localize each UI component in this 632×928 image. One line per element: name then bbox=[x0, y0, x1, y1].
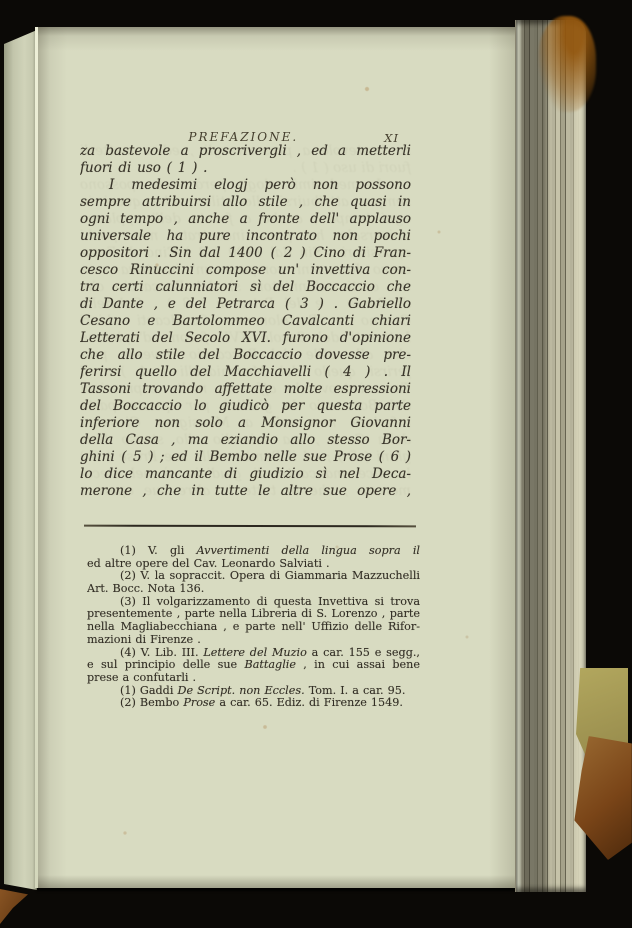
text-line: (1) Gaddi De Script. non Eccles. Tom. I.… bbox=[87, 685, 420, 698]
text-line: merone , che in tutte le altre sue opere… bbox=[80, 483, 411, 500]
text-line: tra certi calunniatori sì del Boccaccio … bbox=[80, 279, 411, 296]
text-line: Letterati del Secolo XVI. furono d'opini… bbox=[80, 330, 411, 347]
text-line: universale ha pure incontrato non pochi bbox=[80, 228, 411, 245]
text-line: del Boccaccio lo giudicò per questa part… bbox=[80, 398, 411, 415]
text-line: Tassoni trovando affettate molte espress… bbox=[80, 381, 411, 398]
text-line: ferirsi quello del Macchiavelli ( 4 ) . … bbox=[80, 364, 411, 381]
book-page: za bastevole a proscrivergli , ed a mett… bbox=[37, 27, 515, 888]
fore-edge-pages bbox=[515, 20, 586, 892]
header-title: PREFAZIONE. bbox=[188, 130, 298, 144]
leather-corner-bottom-left bbox=[0, 886, 28, 924]
text-line: (1) V. gli Avvertimenti della lingua sop… bbox=[87, 545, 420, 558]
text-line: lo dice mancante di giudizio sì nel Deca… bbox=[80, 466, 411, 483]
text-line: nella Magliabecchiana , e parte nell' Uf… bbox=[87, 621, 420, 634]
text-line: cesco Rinuccini compose un' invettiva co… bbox=[80, 262, 411, 279]
text-line: presentemente , parte nella Libreria di … bbox=[87, 608, 420, 621]
text-line: Cesano e Bartolommeo Cavalcanti chiari bbox=[80, 313, 411, 330]
top-right-stain bbox=[538, 16, 596, 112]
footnotes: (1) V. gli Avvertimenti della lingua sop… bbox=[87, 545, 420, 710]
text-line: sempre attribuirsi allo stile , che quas… bbox=[80, 194, 411, 211]
text-line: ghini ( 5 ) ; ed il Bembo nelle sue Pros… bbox=[80, 449, 411, 466]
text-line: (3) Il volgarizzamento di questa Invetti… bbox=[87, 596, 420, 609]
text-line: za bastevole a proscrivergli , ed a mett… bbox=[80, 143, 411, 160]
text-line: I medesimi elogj però non possono bbox=[80, 177, 411, 194]
text-line: e sul principio delle sue Battaglie , in… bbox=[87, 659, 420, 672]
text-line: ed altre opere del Cav. Leonardo Salviat… bbox=[87, 558, 420, 571]
footnote-rule bbox=[84, 525, 416, 528]
text-line: (4) V. Lib. III. Lettere del Muzio a car… bbox=[87, 647, 420, 660]
body-text: za bastevole a proscrivergli , ed a mett… bbox=[80, 143, 411, 500]
text-line: oppositori . Sin dal 1400 ( 2 ) Cino di … bbox=[80, 245, 411, 262]
text-line: prese a confutarli . bbox=[87, 672, 420, 685]
text-line: (2) V. la sopraccit. Opera di Giammaria … bbox=[87, 570, 420, 583]
text-line: mazioni di Firenze . bbox=[87, 634, 420, 647]
text-line: fuori di uso ( 1 ) . bbox=[80, 160, 411, 177]
text-line: che allo stile del Boccaccio dovesse pre… bbox=[80, 347, 411, 364]
text-line: ogni tempo , anche a fronte dell' applau… bbox=[80, 211, 411, 228]
text-line: inferiore non solo a Monsignor Giovanni bbox=[80, 415, 411, 432]
text-line: della Casa , ma eziandio allo stesso Bor… bbox=[80, 432, 411, 449]
text-line: Art. Bocc. Nota 136. bbox=[87, 583, 420, 596]
book-scan: za bastevole a proscrivergli , ed a mett… bbox=[0, 0, 632, 928]
text-line: di Dante , e del Petrarca ( 3 ) . Gabrie… bbox=[80, 296, 411, 313]
previous-page-edge bbox=[4, 30, 37, 890]
text-line: (2) Bembo Prose a car. 65. Ediz. di Fire… bbox=[87, 697, 420, 710]
